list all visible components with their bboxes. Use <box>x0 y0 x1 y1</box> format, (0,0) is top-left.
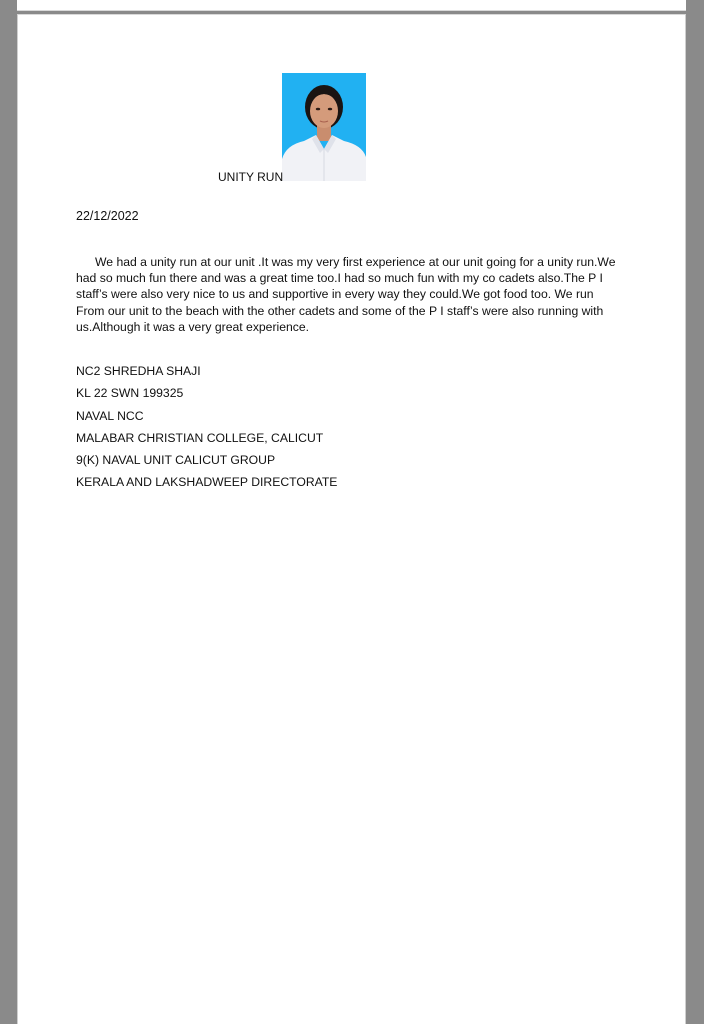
cadet-regimental-number: KL 22 SWN 199325 <box>76 385 337 407</box>
document-title: UNITY RUN <box>218 170 283 184</box>
document-page: UNITY RUN 22/12/2022 We had a unity run … <box>17 14 686 1024</box>
previous-page-edge <box>17 0 686 11</box>
cadet-wing: NAVAL NCC <box>76 408 337 430</box>
signature-block: NC2 SHREDHA SHAJI KL 22 SWN 199325 NAVAL… <box>76 363 337 497</box>
cadet-unit: 9(K) NAVAL UNIT CALICUT GROUP <box>76 452 337 474</box>
cadet-photo <box>282 73 366 181</box>
body-paragraph: We had a unity run at our unit .It was m… <box>76 254 616 335</box>
cadet-name: NC2 SHREDHA SHAJI <box>76 363 337 385</box>
portrait-image <box>282 73 366 181</box>
cadet-directorate: KERALA AND LAKSHADWEEP DIRECTORATE <box>76 474 337 496</box>
cadet-college: MALABAR CHRISTIAN COLLEGE, CALICUT <box>76 430 337 452</box>
document-date: 22/12/2022 <box>76 209 139 223</box>
